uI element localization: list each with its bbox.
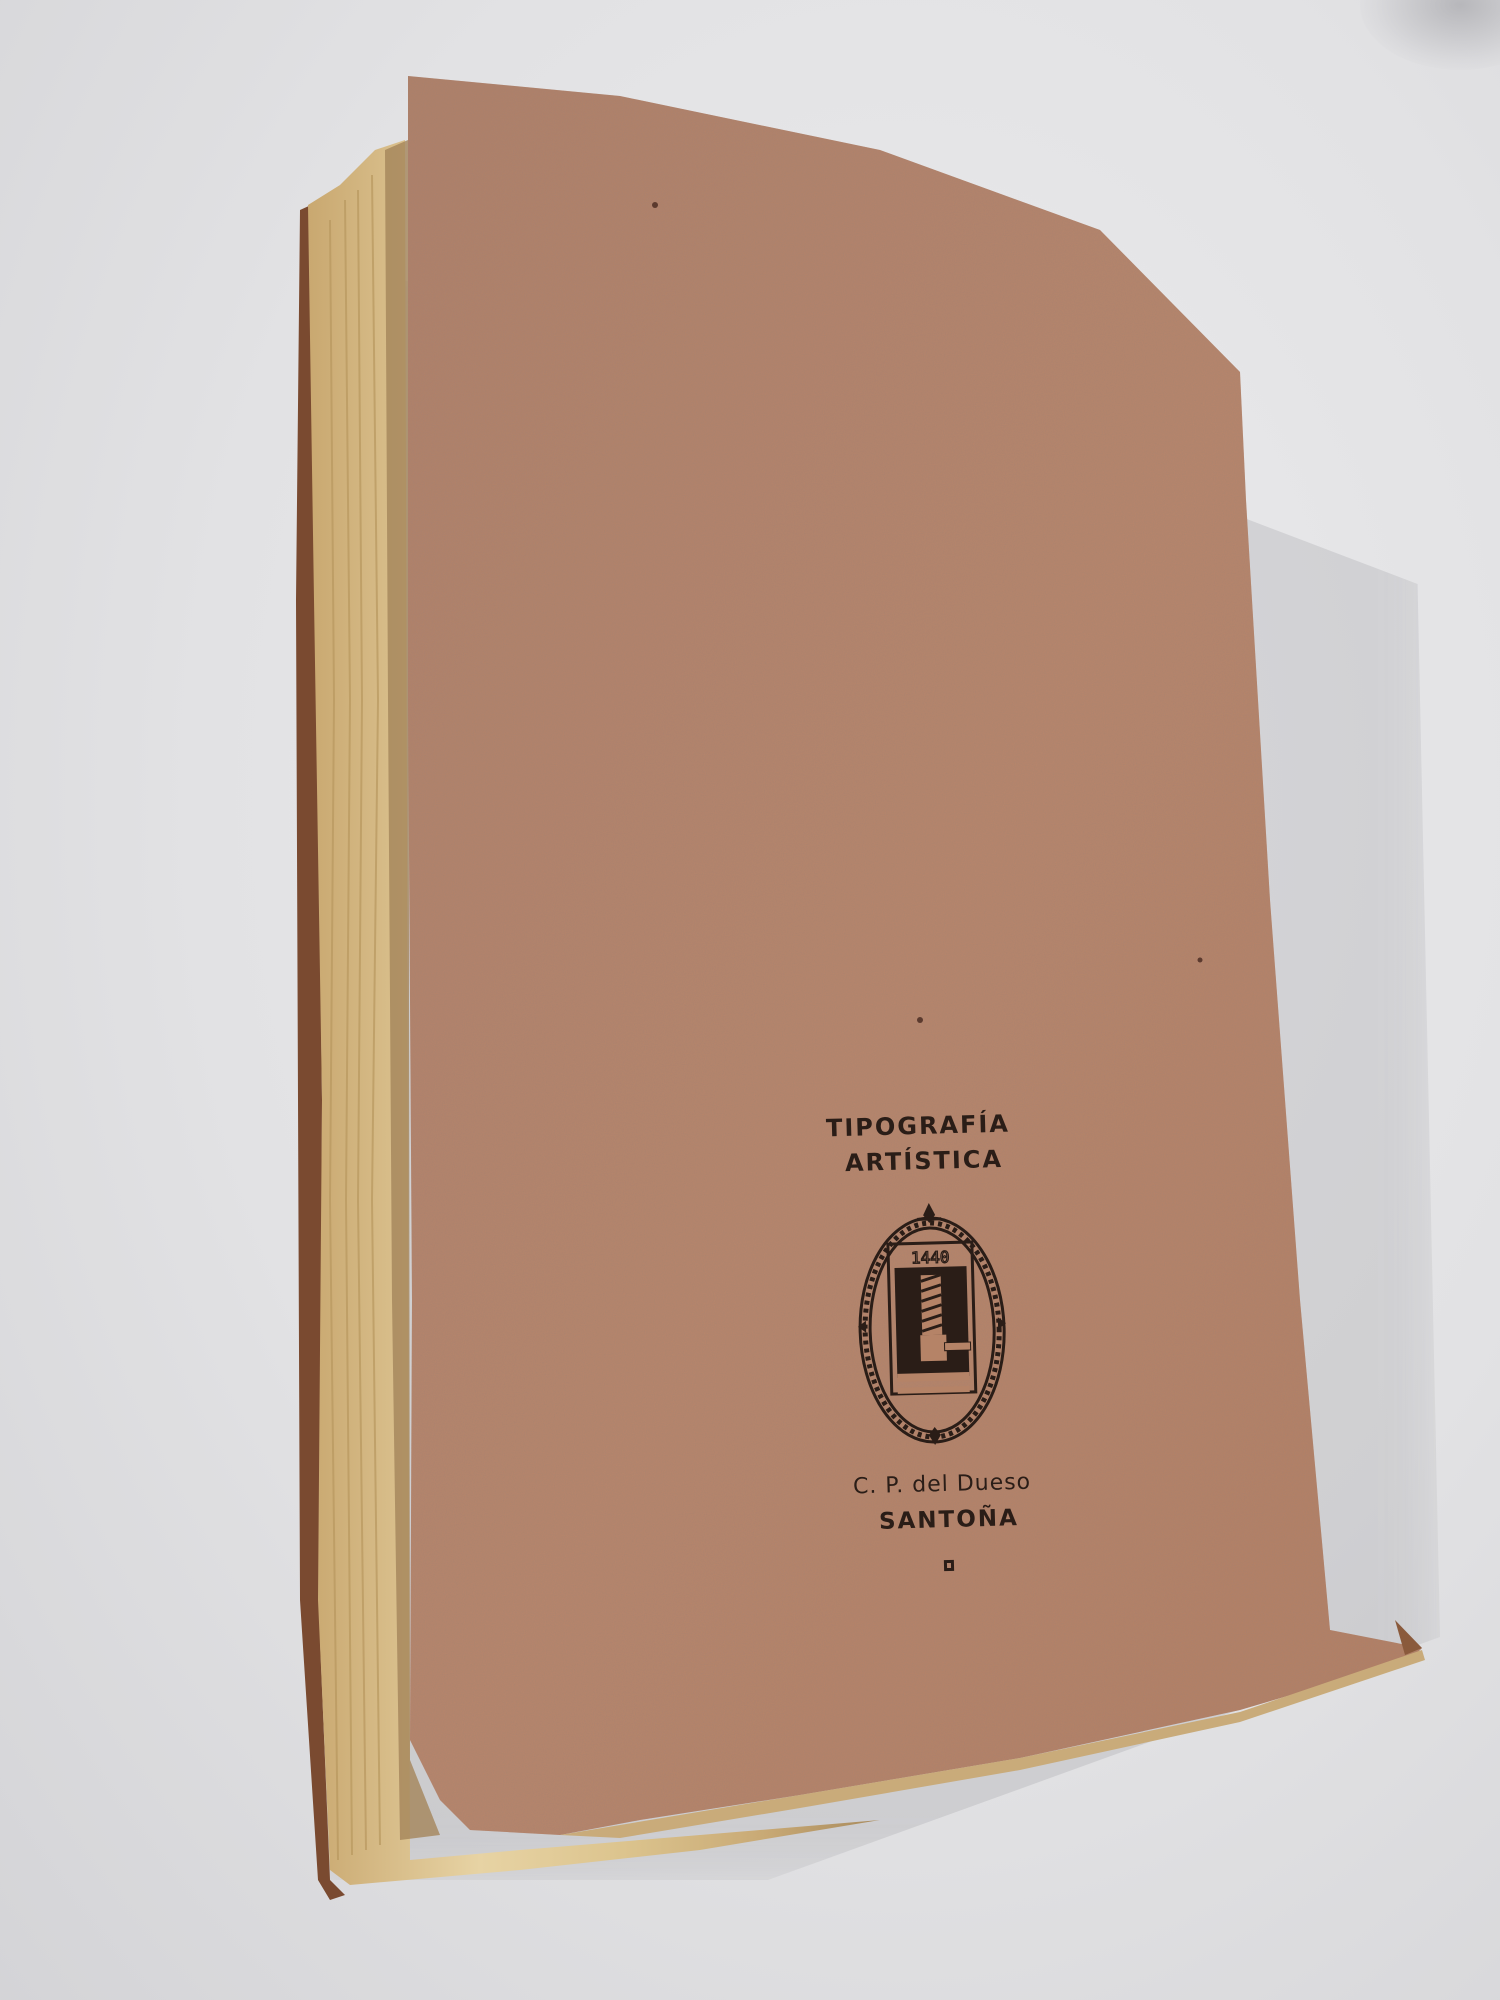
cover-speck — [917, 1017, 923, 1023]
photo-scene: TIPOGRAFÍA ARTÍSTICA 1440 — [0, 0, 1500, 2000]
cover-speck — [652, 202, 658, 208]
cover-speck — [1198, 958, 1203, 963]
cover — [408, 76, 1422, 1835]
book — [0, 0, 1500, 2000]
